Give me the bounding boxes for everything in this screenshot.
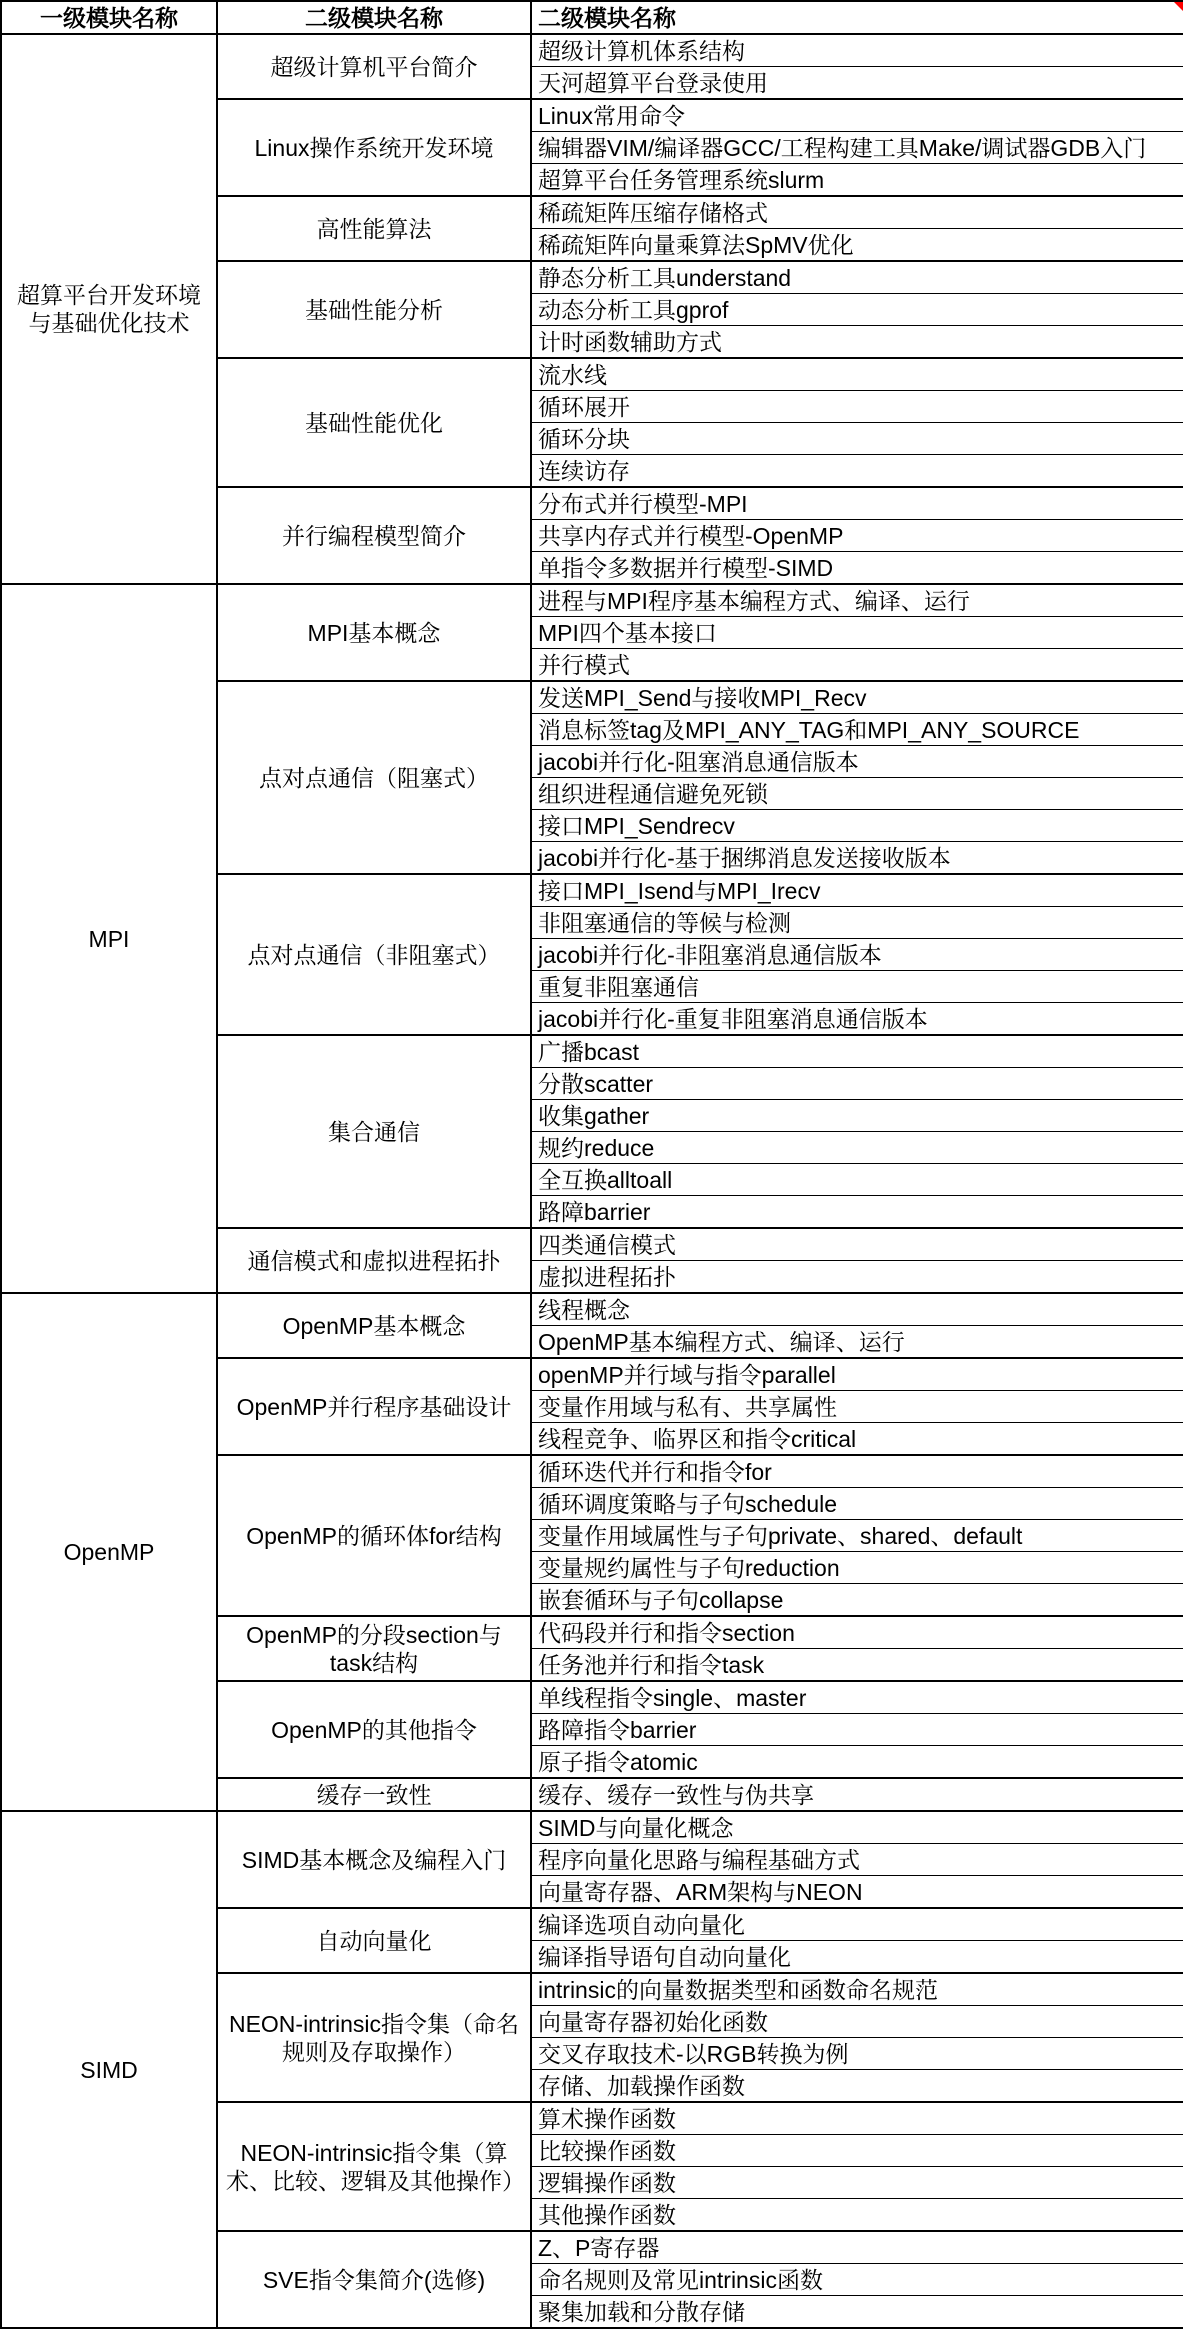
level3-module-cell: 程序向量化思路与编程基础方式 [531, 1844, 1183, 1876]
level3-module-cell: 变量作用域与私有、共享属性 [531, 1391, 1183, 1423]
level3-module-cell: 共享内存式并行模型-OpenMP [531, 520, 1183, 552]
level1-module-cell: MPI [1, 584, 217, 1293]
level3-module-cell: 消息标签tag及MPI_ANY_TAG和MPI_ANY_SOURCE [531, 714, 1183, 746]
level3-module-cell: 存储、加载操作函数 [531, 2070, 1183, 2103]
level2-module-cell: OpenMP的分段section与task结构 [217, 1616, 531, 1681]
level3-module-cell: 稀疏矩阵向量乘算法SpMV优化 [531, 229, 1183, 262]
level3-module-cell: 变量作用域属性与子句private、shared、default [531, 1520, 1183, 1552]
level2-module-cell: 基础性能分析 [217, 261, 531, 358]
level2-module-cell: SVE指令集简介(选修) [217, 2231, 531, 2328]
level2-module-cell: 缓存一致性 [217, 1778, 531, 1811]
level2-module-cell: 并行编程模型简介 [217, 487, 531, 584]
level2-module-cell: SIMD基本概念及编程入门 [217, 1811, 531, 1908]
level2-module-cell: OpenMP基本概念 [217, 1293, 531, 1358]
level3-module-cell: 计时函数辅助方式 [531, 326, 1183, 359]
header-row: 一级模块名称 二级模块名称 二级模块名称 [1, 1, 1183, 34]
level2-module-cell: 高性能算法 [217, 196, 531, 261]
level3-module-cell: OpenMP基本编程方式、编译、运行 [531, 1326, 1183, 1359]
level3-module-cell: 嵌套循环与子句collapse [531, 1584, 1183, 1617]
level2-module-cell: 自动向量化 [217, 1908, 531, 1973]
level3-module-cell: 向量寄存器初始化函数 [531, 2006, 1183, 2038]
level2-module-cell: NEON-intrinsic指令集（命名规则及存取操作） [217, 1973, 531, 2102]
level3-module-cell: 算术操作函数 [531, 2102, 1183, 2135]
level3-module-cell: jacobi并行化-阻塞消息通信版本 [531, 746, 1183, 778]
level3-module-cell: jacobi并行化-重复非阻塞消息通信版本 [531, 1003, 1183, 1036]
level3-module-cell: 动态分析工具gprof [531, 294, 1183, 326]
level3-module-cell: 非阻塞通信的等候与检测 [531, 907, 1183, 939]
level3-module-cell: 全互换alltoall [531, 1164, 1183, 1196]
level3-module-cell: 编辑器VIM/编译器GCC/工程构建工具Make/调试器GDB入门 [531, 132, 1183, 164]
level3-module-cell: Z、P寄存器 [531, 2231, 1183, 2264]
level3-module-cell: 命名规则及常见intrinsic函数 [531, 2264, 1183, 2296]
level2-module-cell: NEON-intrinsic指令集（算术、比较、逻辑及其他操作） [217, 2102, 531, 2231]
module-row: MPIMPI基本概念进程与MPI程序基本编程方式、编译、运行 [1, 584, 1183, 617]
level3-module-header: 二级模块名称 [531, 1, 1183, 34]
level3-module-cell: 比较操作函数 [531, 2135, 1183, 2167]
level3-module-cell: 交叉存取技术-以RGB转换为例 [531, 2038, 1183, 2070]
level3-module-cell: 并行模式 [531, 649, 1183, 682]
level3-module-cell: 规约reduce [531, 1132, 1183, 1164]
level3-module-cell: 变量规约属性与子句reduction [531, 1552, 1183, 1584]
level3-module-cell: MPI四个基本接口 [531, 617, 1183, 649]
level3-module-cell: 线程概念 [531, 1293, 1183, 1326]
level3-module-cell: 天河超算平台登录使用 [531, 67, 1183, 100]
level3-module-cell: 代码段并行和指令section [531, 1616, 1183, 1649]
level2-module-cell: OpenMP并行程序基础设计 [217, 1358, 531, 1455]
level3-module-cell: SIMD与向量化概念 [531, 1811, 1183, 1844]
comment-indicator-icon [1174, 2, 1183, 11]
level3-module-cell: 四类通信模式 [531, 1228, 1183, 1261]
level3-module-cell: 编译选项自动向量化 [531, 1908, 1183, 1941]
level3-module-cell: 编译指导语句自动向量化 [531, 1941, 1183, 1974]
level3-module-cell: 缓存、缓存一致性与伪共享 [531, 1778, 1183, 1811]
level3-module-cell: 循环展开 [531, 391, 1183, 423]
level3-module-cell: jacobi并行化-基于捆绑消息发送接收版本 [531, 842, 1183, 875]
level3-module-cell: 接口MPI_Sendrecv [531, 810, 1183, 842]
level1-module-header: 一级模块名称 [1, 1, 217, 34]
level1-module-cell: OpenMP [1, 1293, 217, 1811]
level3-module-cell: 分散scatter [531, 1068, 1183, 1100]
level3-module-cell: 路障barrier [531, 1196, 1183, 1229]
level3-module-cell: 逻辑操作函数 [531, 2167, 1183, 2199]
level3-module-cell: 向量寄存器、ARM架构与NEON [531, 1876, 1183, 1909]
level2-module-cell: OpenMP的循环体for结构 [217, 1455, 531, 1616]
module-row: SIMDSIMD基本概念及编程入门SIMD与向量化概念 [1, 1811, 1183, 1844]
level2-module-cell: MPI基本概念 [217, 584, 531, 681]
level3-module-cell: 超算平台任务管理系统slurm [531, 164, 1183, 197]
level3-module-cell: 单指令多数据并行模型-SIMD [531, 552, 1183, 585]
level2-module-cell: 通信模式和虚拟进程拓扑 [217, 1228, 531, 1293]
level3-module-cell: 循环分块 [531, 423, 1183, 455]
level3-module-cell: 组织进程通信避免死锁 [531, 778, 1183, 810]
level3-module-cell: 收集gather [531, 1100, 1183, 1132]
level3-module-cell: 流水线 [531, 358, 1183, 391]
level3-module-cell: 虚拟进程拓扑 [531, 1261, 1183, 1294]
level1-module-cell: SIMD [1, 1811, 217, 2328]
level3-module-cell: 重复非阻塞通信 [531, 971, 1183, 1003]
module-row: OpenMPOpenMP基本概念线程概念 [1, 1293, 1183, 1326]
level2-module-cell: Linux操作系统开发环境 [217, 99, 531, 196]
level3-module-cell: 稀疏矩阵压缩存储格式 [531, 196, 1183, 229]
level3-module-cell: 进程与MPI程序基本编程方式、编译、运行 [531, 584, 1183, 617]
level3-module-cell: 广播bcast [531, 1035, 1183, 1068]
level2-module-cell: 点对点通信（阻塞式） [217, 681, 531, 874]
level2-module-cell: 基础性能优化 [217, 358, 531, 487]
level3-module-cell: 任务池并行和指令task [531, 1649, 1183, 1682]
level3-module-cell: 路障指令barrier [531, 1714, 1183, 1746]
level3-module-cell: Linux常用命令 [531, 99, 1183, 132]
level2-module-cell: 超级计算机平台简介 [217, 34, 531, 99]
level2-module-cell: 点对点通信（非阻塞式） [217, 874, 531, 1035]
level3-module-cell: 原子指令atomic [531, 1746, 1183, 1779]
level2-module-cell: 集合通信 [217, 1035, 531, 1228]
level3-module-cell: 线程竞争、临界区和指令critical [531, 1423, 1183, 1456]
level3-module-cell: intrinsic的向量数据类型和函数命名规范 [531, 1973, 1183, 2006]
level3-module-cell: 静态分析工具understand [531, 261, 1183, 294]
level3-module-cell: 循环迭代并行和指令for [531, 1455, 1183, 1488]
level3-module-cell: 聚集加载和分散存储 [531, 2296, 1183, 2329]
level2-module-header: 二级模块名称 [217, 1, 531, 34]
level3-module-cell: 超级计算机体系结构 [531, 34, 1183, 67]
level3-module-cell: jacobi并行化-非阻塞消息通信版本 [531, 939, 1183, 971]
level3-module-cell: 循环调度策略与子句schedule [531, 1488, 1183, 1520]
course-module-table-sheet: 一级模块名称 二级模块名称 二级模块名称 超算平台开发环境与基础优化技术超级计算… [0, 0, 1183, 2329]
level1-module-cell: 超算平台开发环境与基础优化技术 [1, 34, 217, 584]
level3-module-cell: 发送MPI_Send与接收MPI_Recv [531, 681, 1183, 714]
level3-module-cell: 其他操作函数 [531, 2199, 1183, 2232]
level2-module-cell: OpenMP的其他指令 [217, 1681, 531, 1778]
course-module-table: 一级模块名称 二级模块名称 二级模块名称 超算平台开发环境与基础优化技术超级计算… [0, 0, 1183, 2329]
level3-module-cell: openMP并行域与指令parallel [531, 1358, 1183, 1391]
level3-module-cell: 连续访存 [531, 455, 1183, 488]
level3-module-header-label: 二级模块名称 [538, 5, 676, 31]
level3-module-cell: 接口MPI_Isend与MPI_Irecv [531, 874, 1183, 907]
module-row: 超算平台开发环境与基础优化技术超级计算机平台简介超级计算机体系结构 [1, 34, 1183, 67]
level3-module-cell: 分布式并行模型-MPI [531, 487, 1183, 520]
level3-module-cell: 单线程指令single、master [531, 1681, 1183, 1714]
module-table-body: 超算平台开发环境与基础优化技术超级计算机平台简介超级计算机体系结构天河超算平台登… [1, 34, 1183, 2328]
